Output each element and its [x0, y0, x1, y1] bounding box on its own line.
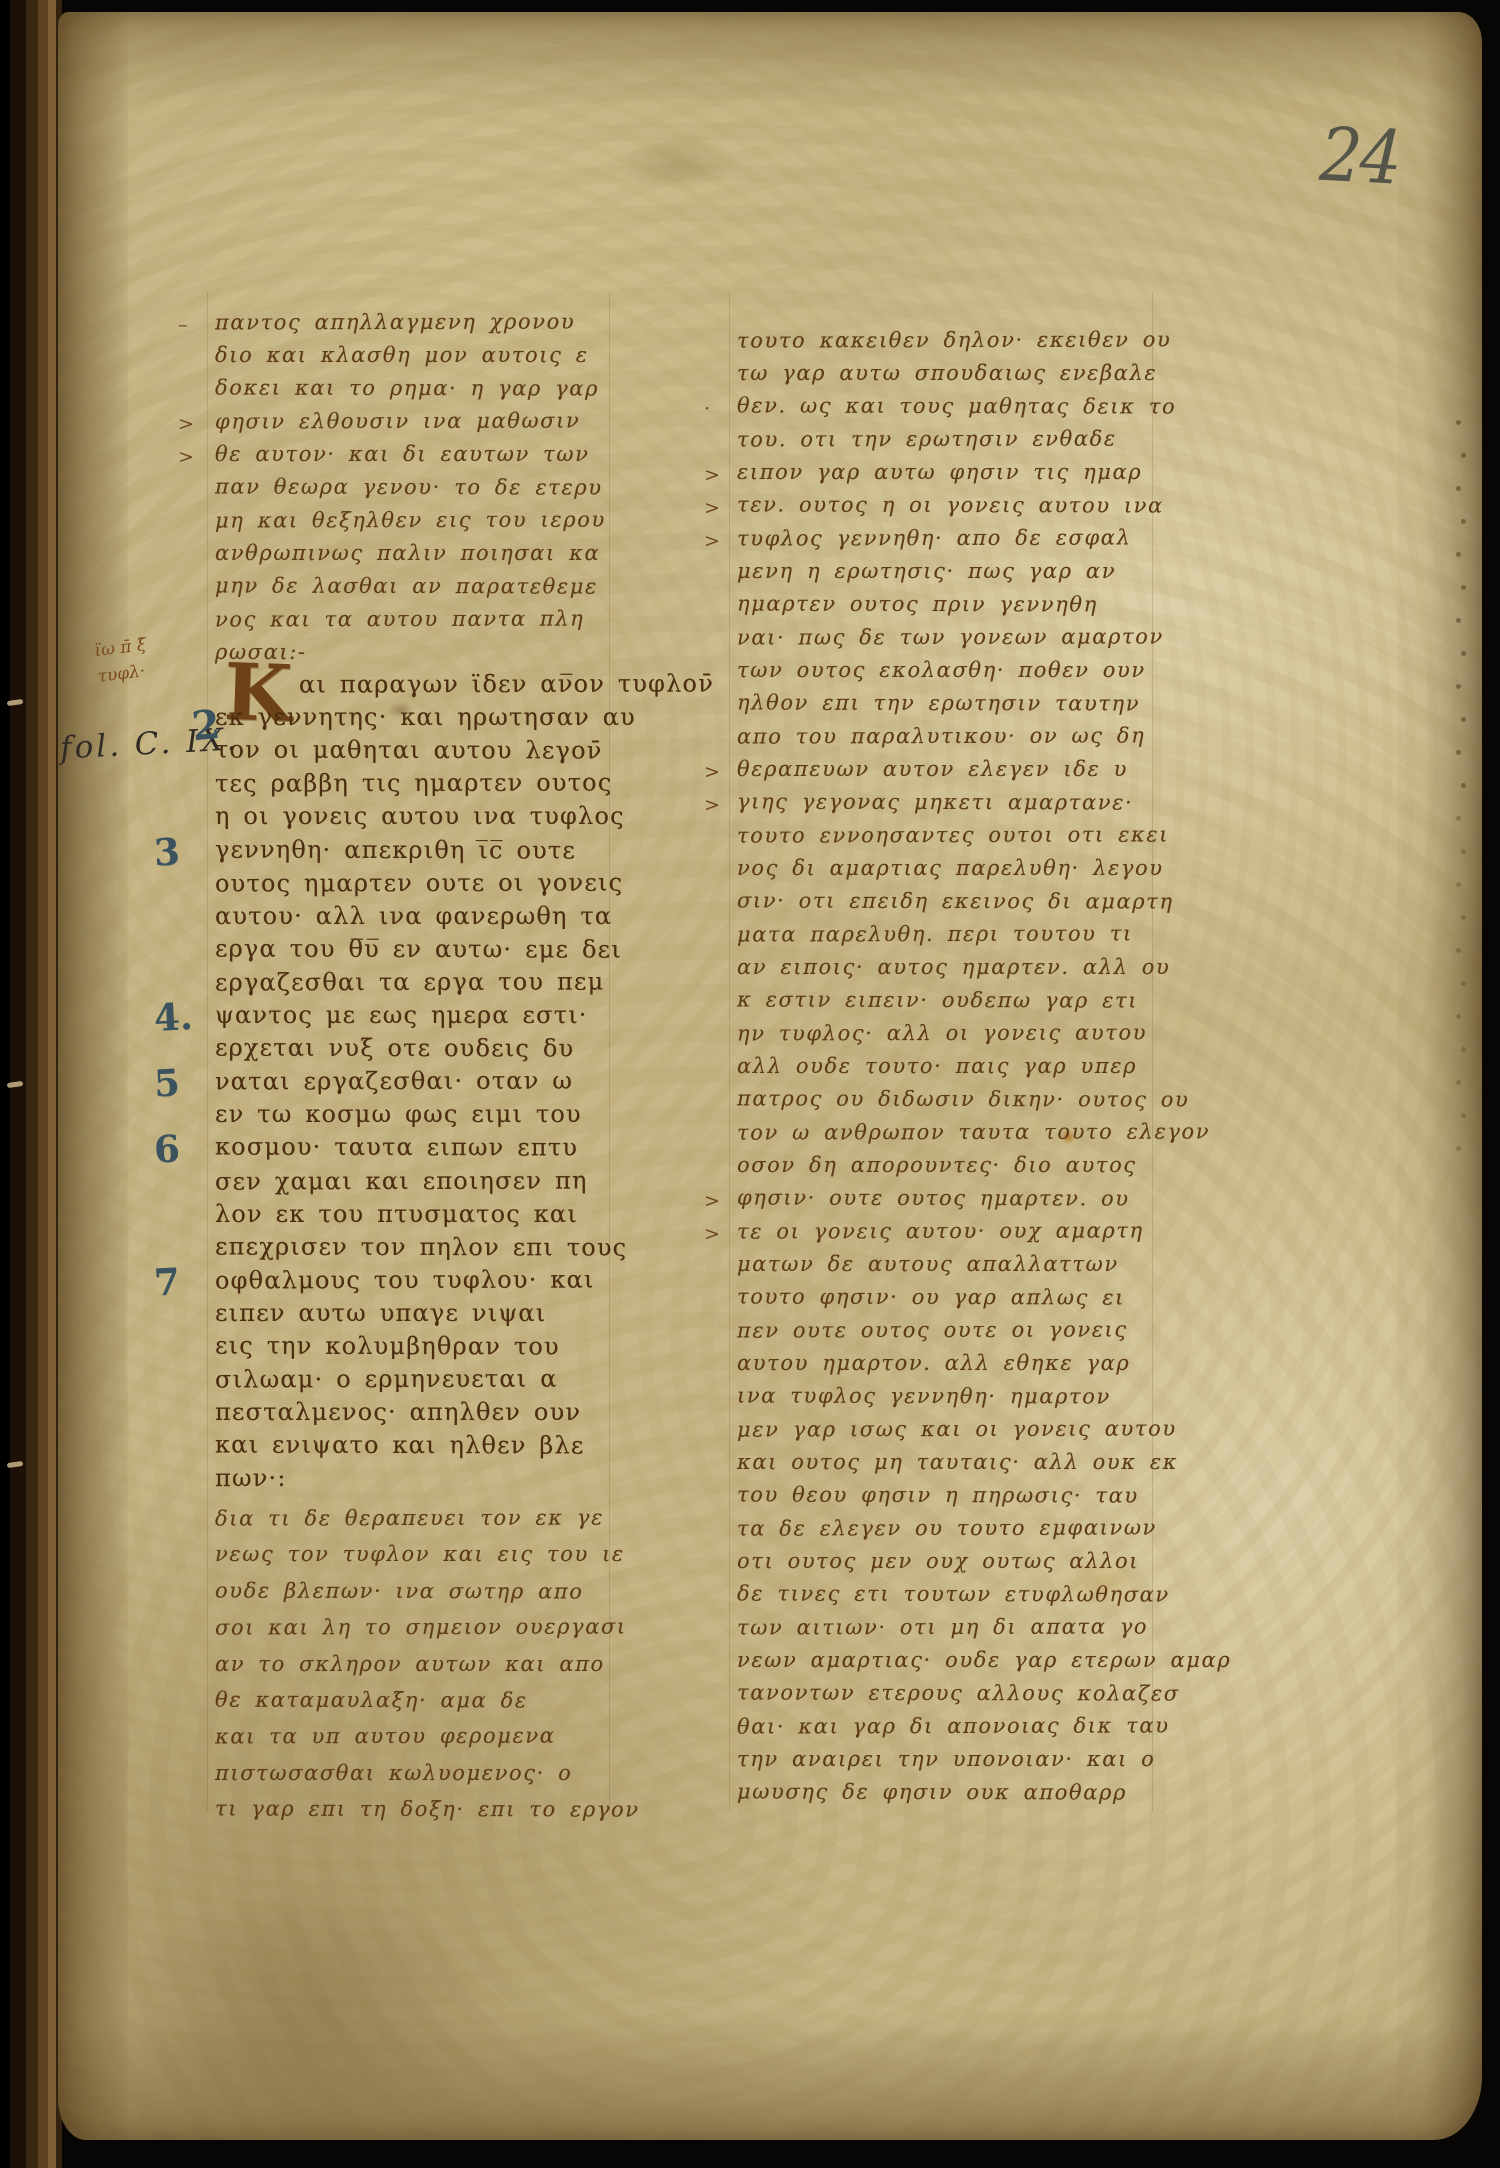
pricking-hole [1461, 849, 1466, 854]
text-line: εν τω κοσμω φως ειμι του [215, 1102, 582, 1126]
text-line: αλλ ουδε τουτο· παις γαρ υπερ [737, 1056, 1137, 1077]
binding-stitch [7, 1461, 24, 1468]
kephalaion-gloss: ϊω π̄ ξ̄ τυφλ· [93, 633, 151, 690]
text-line: μη και θεξηλθεν εις του ιερου [215, 509, 606, 531]
text-line: ναται εργαζεσθαι· οταν ω [215, 1069, 573, 1094]
book-spine [0, 0, 62, 2168]
pricking-hole [1461, 585, 1466, 590]
text-line: νεως τον τυφλον και εις του ιε [215, 1544, 625, 1565]
text-line: των αιτιων· οτι μη δι απατα γο [737, 1616, 1148, 1638]
text-line: ρωσαι:- [215, 642, 307, 663]
text-line: τω γαρ αυτω σπουδαιως ενεβαλε [737, 363, 1157, 384]
margin-diple: > [704, 497, 720, 519]
text-line: αυτου ημαρτον. αλλ εθηκε γαρ [737, 1353, 1130, 1374]
verse-number: 4. [153, 994, 194, 1040]
verse-number: 3 [153, 829, 181, 874]
text-line: εργαζεσθαι τα εργα του πεμ [215, 969, 604, 994]
text-line: ματα παρελυθη. περι τουτου τι [737, 923, 1133, 945]
pricking-hole [1456, 1014, 1461, 1019]
pricking-hole [1456, 1080, 1461, 1085]
text-line: ματων δε αυτους απαλλαττων [737, 1254, 1119, 1275]
text-line: των ουτος εκολασθη· ποθεν ουν [737, 660, 1146, 681]
text-line: θε αυτον· και δι εαυτων των [215, 444, 589, 465]
text-line: ειπεν αυτω υπαγε νιψαι [215, 1301, 546, 1325]
pricking-hole [1456, 1146, 1461, 1151]
margin-diple: > [704, 1190, 720, 1212]
margin-diple: > [704, 761, 720, 783]
text-line: οτι ουτος μεν ουχ ουτως αλλοι [737, 1551, 1139, 1572]
text-line: εργα του θ̅υ̅ εν αυτω· εμε δει [215, 936, 622, 961]
parchment-stain [618, 132, 738, 192]
text-line: μωυσης δε φησιν ουκ αποθαρρ [737, 1781, 1127, 1803]
text-line: ουτος ημαρτεν ουτε οι γονεις [215, 870, 623, 895]
text-line: ειπον γαρ αυτω φησιν τις ημαρ [737, 462, 1142, 483]
margin-diple: – [178, 314, 188, 336]
binding-stitch [7, 699, 24, 706]
text-line: δοκει και το ρημα· η γαρ γαρ [215, 377, 599, 399]
text-line: του. οτι την ερωτησιν ενθαδε [737, 429, 1117, 451]
text-line: τουτο εννοησαντες ουτοι οτι εκει [737, 824, 1169, 846]
text-line: τον οι μαθηται αυτου λεγον̄ [215, 738, 603, 763]
text-line: και ενιψατο και ηλθεν βλε [215, 1433, 585, 1458]
pricking-hole [1456, 486, 1461, 491]
pricking-hole [1456, 882, 1461, 887]
text-line: νος δι αμαρτιας παρελυθη· λεγου [737, 858, 1164, 879]
pricking-hole [1461, 519, 1466, 524]
verse-number: 5 [153, 1061, 181, 1106]
margin-diple: > [178, 446, 194, 468]
text-line: θεν. ως και τους μαθητας δεικ το [737, 395, 1176, 417]
text-line: απο του παραλυτικου· ον ως δη [737, 725, 1145, 747]
text-line: οφθαλμους του τυφλου· και [215, 1267, 595, 1292]
text-line: επεχρισεν τον πηλον επι τους [215, 1234, 627, 1259]
text-line: φησιν ελθουσιν ινα μαθωσιν [215, 411, 580, 433]
ruling-line [609, 292, 610, 1812]
text-line: μεν γαρ ισως και οι γονεις αυτου [737, 1418, 1177, 1440]
text-line: εις την κολυμβηθραν του [215, 1334, 560, 1359]
ruling-line [729, 292, 730, 1812]
margin-diple: > [704, 530, 720, 552]
text-line: σεν χαμαι και εποιησεν πη [215, 1168, 588, 1193]
manuscript-photo: 24 ϊω π̄ ξ̄ τυφλ· fol. C. IX. 2 Κ παντος… [0, 0, 1500, 2168]
pricking-hole [1456, 552, 1461, 557]
pricking-hole [1461, 783, 1466, 788]
text-line: τανοντων ετερους αλλους κολαζεσ [737, 1682, 1180, 1704]
text-line: τυφλος γεννηθη· απο δε εσφαλ [737, 527, 1132, 549]
text-line: ην τυφλος· αλλ οι γονεις αυτου [737, 1022, 1147, 1044]
text-line: αν το σκληρον αυτων και απο [215, 1654, 605, 1675]
pricking-hole [1456, 684, 1461, 689]
text-line: την αναιρει την υπονοιαν· και ο [737, 1749, 1155, 1770]
page-number: 24 [1318, 111, 1402, 201]
binding-stitch [7, 1081, 24, 1088]
pricking-hole [1461, 1113, 1466, 1118]
text-line: διο και κλασθη μον αυτοις ε [215, 345, 589, 366]
ruling-line [207, 292, 208, 1812]
text-line: τα δε ελεγεν ου τουτο εμφαινων [737, 1517, 1157, 1539]
pricking-hole [1461, 717, 1466, 722]
pricking-hole [1456, 948, 1461, 953]
text-line: δια τι δε θεραπευει τον εκ γε [215, 1507, 604, 1529]
text-line: αυτου· αλλ ινα φανερωθη τα [215, 904, 612, 928]
text-line: πιστωσασθαι κωλυομενος· ο [215, 1763, 572, 1784]
margin-diple: > [704, 1223, 720, 1245]
text-line: ουδε βλεπων· ινα σωτηρ απο [215, 1580, 584, 1602]
text-line: αι παραγων ϊδεν αν̅ον τυφλον̄ [299, 671, 714, 696]
margin-diple: > [178, 413, 194, 435]
text-line: πεν ουτε ουτος ουτε οι γονεις [737, 1319, 1128, 1341]
pricking-hole [1461, 915, 1466, 920]
text-line: δε τινες ετι τουτων ετυφλωθησαν [737, 1583, 1170, 1605]
text-line: τουτο φησιν· ου γαρ απλως ει [737, 1286, 1125, 1308]
text-line: φησιν· ουτε ουτος ημαρτεν. ου [737, 1187, 1130, 1209]
verse-number: 6 [153, 1127, 181, 1172]
pricking-hole [1461, 981, 1466, 986]
text-line: εκ γεννητης· και ηρωτησαν αυ [215, 705, 636, 729]
text-line: μην δε λασθαι αν παρατεθεμε [215, 575, 598, 597]
text-line: γεννηθη· απεκριθη ι̅ϲ̅ ουτε [215, 837, 576, 862]
text-line: τε οι γονεις αυτου· ουχ αμαρτη [737, 1220, 1144, 1242]
pricking-hole [1456, 816, 1461, 821]
text-line: παντος απηλλαγμενη χρονου [215, 312, 575, 334]
text-line: σοι και λη το σημειον ουεργασι [215, 1617, 627, 1639]
text-line: κοσμου· ταυτα ειπων επτυ [215, 1135, 578, 1160]
text-line: θεραπευων αυτον ελεγεν ιδε υ [737, 759, 1128, 780]
text-line: πεσταλμενος· απηλθεν ουν [215, 1400, 581, 1424]
text-line: και ουτος μη ταυταις· αλλ ουκ εκ [737, 1452, 1178, 1473]
text-line: τουτο κακειθεν δηλον· εκειθεν ου [737, 329, 1171, 351]
text-line: τεν. ουτος η οι γονεις αυτου ινα [737, 494, 1164, 516]
text-line: σιλωαμ· ο ερμηνευεται α [215, 1367, 558, 1392]
text-line: η οι γονεις αυτου ινα τυφλος [215, 804, 625, 828]
text-line: ανθρωπινως παλιν ποιησαι κα [215, 543, 600, 564]
text-line: παν θεωρα γενου· το δε ετερυ [215, 476, 603, 498]
text-line: ινα τυφλος γεννηθη· ημαρτον [737, 1386, 1111, 1408]
text-line: τι γαρ επι τη δοξη· επι το εργον [215, 1799, 640, 1821]
text-line: θε καταμαυλαξη· αμα δε [215, 1690, 528, 1712]
text-line: λον εκ του πτυσματος και [215, 1202, 578, 1226]
text-line: μενη η ερωτησις· πως γαρ αν [737, 561, 1116, 582]
text-line: τες ραββη τις ημαρτεν ουτος [215, 771, 613, 796]
text-line: κ εστιν ειπειν· ουδεπω γαρ ετι [737, 989, 1138, 1011]
text-line: πων·: [215, 1466, 287, 1490]
text-line: και τα υπ αυτου φερομενα [215, 1726, 556, 1748]
text-line: γιης γεγονας μηκετι αμαρτανε· [737, 791, 1133, 813]
parchment-page: 24 ϊω π̄ ξ̄ τυφλ· fol. C. IX. 2 Κ παντος… [58, 12, 1482, 2140]
text-line: πατρος ου διδωσιν δικην· ουτος ου [737, 1088, 1189, 1110]
text-line: οσον δη απορουντες· διο αυτος [737, 1155, 1137, 1176]
pricking-hole [1461, 453, 1466, 458]
text-line: νος και τα αυτου παντα πλη [215, 609, 584, 631]
pricking-hole [1456, 750, 1461, 755]
text-line: του θεου φησιν η πηρωσις· ταυ [737, 1484, 1139, 1506]
text-line: τον ω ανθρωπον ταυτα τουτο ελεγον [737, 1121, 1210, 1143]
text-line: θαι· και γαρ δι απονοιας δικ ταυ [737, 1715, 1170, 1737]
text-line: ναι· πως δε των γονεων αμαρτον [737, 626, 1164, 648]
pricking-hole [1461, 1047, 1466, 1052]
pricking-hole [1461, 651, 1466, 656]
text-line: αν ειποις· αυτος ημαρτεν. αλλ ου [737, 957, 1170, 978]
parchment-stain [98, 1892, 518, 2132]
margin-diple: > [704, 794, 720, 816]
text-line: σιν· οτι επειδη εκεινος δι αμαρτη [737, 890, 1174, 912]
text-line: ψαντος με εως ημερα εστι· [215, 1003, 588, 1027]
margin-diple: · [704, 398, 710, 420]
kephalaion-gloss-line: τυφλ· [96, 658, 151, 690]
text-line: νεων αμαρτιας· ουδε γαρ ετερων αμαρ [737, 1650, 1231, 1671]
pricking-hole [1456, 618, 1461, 623]
pricking-hole [1456, 420, 1461, 425]
text-line: ημαρτεν ουτος πριν γεννηθη [737, 594, 1098, 616]
text-line: ηλθον επι την ερωτησιν ταυτην [737, 692, 1140, 714]
verse-number: 7 [153, 1259, 181, 1304]
text-line: ερχεται νυξ οτε ουδεις δυ [215, 1036, 574, 1061]
margin-diple: > [704, 464, 720, 486]
